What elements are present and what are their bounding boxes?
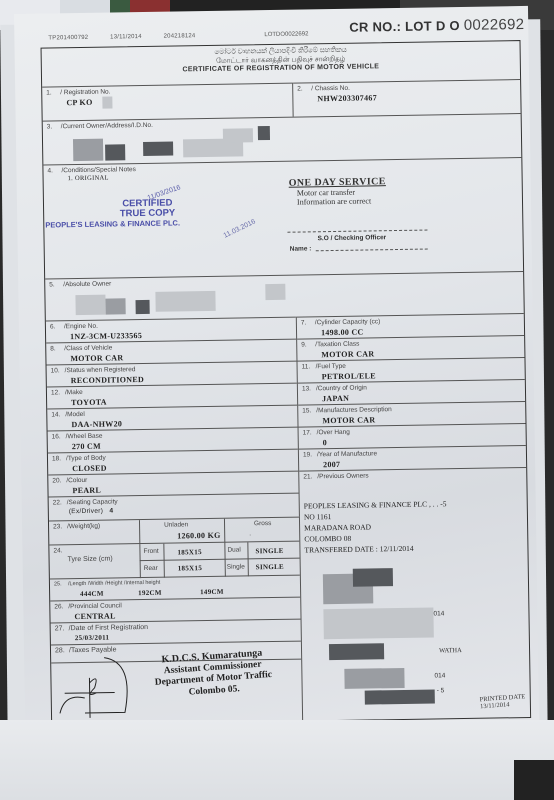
registration-no-value: CP KO — [66, 98, 92, 107]
conditions-value: 1. ORIGINAL — [68, 175, 109, 183]
ref-code: 204218124 — [164, 33, 196, 39]
chassis-no-value: NHW203307467 — [317, 93, 377, 103]
registration-form: මෝටර් වාහනයක් ලියාපදිංචි කිරීමේ සහතිකය ம… — [41, 40, 532, 725]
provincial-council-value: CENTRAL — [74, 611, 115, 621]
one-day-service-stamp: ONE DAY SERVICE Motor car transfer Infor… — [289, 176, 387, 207]
cylinder-capacity-value: 1498.00 CC — [321, 328, 364, 338]
lot-reference: LOTDO0022692 — [264, 31, 308, 38]
colour-value: PEARL — [72, 486, 101, 495]
previous-owner-details: PEOPLES LEASING & FINANCE PLC , . . -5 N… — [304, 499, 448, 556]
year-value: 2007 — [323, 460, 340, 469]
taxation-class-value: MOTOR CAR — [321, 349, 374, 359]
certified-true-copy-stamp: CERTIFIED TRUE COPY PEOPLE'S LEASING & F… — [115, 198, 180, 228]
first-registration-value: 25/03/2011 — [75, 634, 110, 643]
class-of-vehicle-value: MOTOR CAR — [70, 353, 123, 363]
type-of-body-value: CLOSED — [72, 464, 107, 474]
cr-number-label: CR NO.: LOT D O — [349, 18, 460, 35]
tyre-dual-value: SINGLE — [255, 547, 283, 555]
engine-no-value: 1NZ-3CM-U233565 — [70, 331, 142, 341]
fuel-type-value: PETROL/ELE — [322, 371, 376, 381]
height-value: 149CM — [200, 588, 224, 596]
signatory-block: K.D.C.S. Kumaratunga Assistant Commissio… — [153, 647, 273, 701]
over-hang-value: 0 — [323, 438, 327, 447]
cr-number-value: 0022692 — [464, 16, 525, 34]
reference-line: TP201400792 13/11/2014 204218124 — [48, 33, 215, 42]
make-value: TOYOTA — [71, 398, 107, 408]
status-value: RECONDITIONED — [71, 375, 144, 385]
tyre-rear-value: 185X15 — [178, 564, 202, 572]
field-chassis-no: 2./ Chassis No. NHW203307467 — [293, 79, 521, 118]
tyre-front-value: 185X15 — [177, 548, 201, 556]
signature-icon — [54, 652, 145, 723]
form-header: මෝටර් වාහනයක් ලියාපදිංචි කිරීමේ සහතිකය ம… — [42, 44, 520, 76]
manufactures-description-value: MOTOR CAR — [322, 415, 375, 425]
field-tyre-size: 24. Tyre Size (cm) Front Rear 185X15 185… — [49, 541, 300, 580]
bottom-sheet — [0, 720, 554, 800]
model-value: DAA-NHW20 — [71, 419, 122, 429]
background-corner — [514, 760, 554, 800]
width-value: 192CM — [138, 589, 162, 597]
cr-number: CR NO.: LOT D O 0022692 — [349, 16, 524, 36]
field-registration-no: 1./ Registration No. CP KO — [42, 83, 293, 122]
name-label: Name : — [290, 245, 312, 252]
ref-date: 13/11/2014 — [110, 34, 142, 40]
length-value: 444CM — [80, 590, 104, 598]
wheel-base-value: 270 CM — [72, 442, 101, 451]
checking-officer-label: S.O / Checking Officer — [318, 234, 387, 242]
unladen-weight-value: 1260.00 KG — [177, 531, 221, 541]
ref-number: TP201400792 — [48, 35, 88, 42]
country-value: JAPAN — [322, 394, 349, 403]
certificate-paper: TP201400792 13/11/2014 204218124 LOTDO00… — [14, 6, 539, 734]
tyre-single-value: SINGLE — [256, 563, 284, 571]
